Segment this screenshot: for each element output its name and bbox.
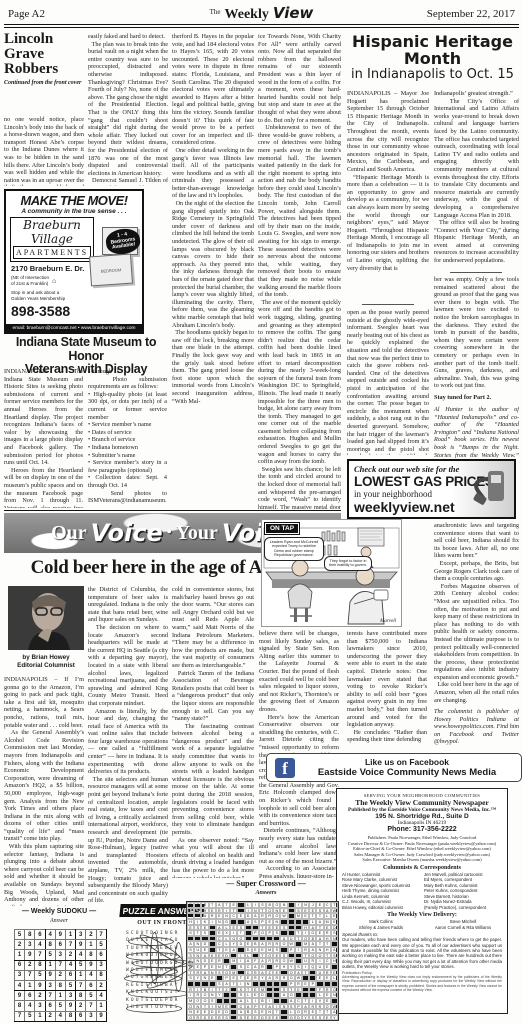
sudoku-cell: 7 [55,960,65,970]
house-icon: ⌂ [52,277,56,285]
sudoku-cell: 5 [55,1001,65,1011]
crossword-cell: E [266,1015,273,1021]
sudoku-cell: 8 [86,950,96,960]
sudoku-cell: 1 [45,960,55,970]
facebook-line2: Eastside Voice Community News Media [301,767,513,778]
sudoku-cell: 6 [76,1011,86,1021]
sudoku-cell: 4 [76,950,86,960]
sudoku-cell: 4 [65,960,75,970]
sudoku-cell: 7 [65,940,75,950]
section-divider [450,272,502,273]
lincoln-title: Lincoln Grave Robbers [4,32,84,77]
sudoku-cell: 5 [65,980,75,990]
museum-col1: INDIANAPOLIS — The Indiana State Museum … [4,368,83,508]
sudoku-cell: 5 [45,950,55,960]
hispanic-title-line1: Hispanic Heritage Month [346,33,519,67]
columnists-title: Columnists & Correspondents [342,865,502,871]
columnist-byline: by Brian Howey Editorial Columnist [0,654,92,669]
sudoku-cell: 9 [45,970,55,980]
columnists-left: Al Hunter, columnistRose Mary Clarke, co… [342,872,420,911]
sudoku-cell: 1 [86,940,96,950]
sudoku-cell: 2 [55,970,65,980]
columnist-photo [8,586,84,650]
delivery-left: Mark CollinsShirley & James Fadds [342,919,420,930]
crossword-cell [280,1015,287,1021]
lincoln-subtitle: Continued from the front cover [4,80,84,86]
office-address: 195 N. Shortridge Rd., Suite D [342,813,502,820]
sudoku-cell: 3 [86,1011,96,1021]
byline-role: Editorial Columnist [0,662,92,670]
hispanic-col2: Indianapolis’ greatest strength.” The Ci… [434,90,519,268]
voice-col5: terests have contributed more than $750,… [347,630,427,748]
sudoku-cell: 9 [96,1011,106,1021]
delivery-lists: Mark CollinsShirley & James Fadds Steve … [342,919,502,930]
sudoku-cell: 8 [55,980,65,990]
sudoku-cell: 2 [65,950,75,960]
lincoln-col1: no one would notice, place Lincoln’s bod… [4,116,84,186]
ad-subheadline: A community in the true sense . . . [6,208,142,215]
crossword-answers-label: Answers [196,890,336,896]
byline-name: by Brian Howey [0,654,92,662]
columnists-right: Jen Marvell, political cartoonistEd Myer… [424,872,502,911]
paper-name: The Weekly View Community Newspaper [342,798,502,807]
sudoku-cell: 5 [76,960,86,970]
cartoon-speech-bubble-1: Leaders Ryan and McConnell expected Trum… [264,537,324,561]
lincoln-col4: ice Towards None, With Charity For All” … [258,33,341,509]
columnists-lists: Al Hunter, columnistRose Mary Clarke, co… [342,872,502,911]
cartoon-title: ON TAP [265,523,299,534]
sudoku-cell: 1 [76,970,86,980]
sudoku-cell: 8 [45,940,55,950]
ad-community-name: Braeburn Village [11,218,93,246]
sudoku-cell: 5 [25,1011,35,1021]
office-phone: Phone: 317-356-2222 [342,826,502,833]
sudoku-cell: 5 [35,970,45,980]
ad-address: 2170 Braeburn E. Dr. [11,264,84,273]
sudoku-cell: 9 [76,940,86,950]
ad-phone: 898-3588 [11,303,70,319]
ad-contact-bar: email: braeburn@comcast.net • www.braebu… [6,324,142,332]
issue-date: September 22, 2017 [427,8,515,20]
crossword-cell [230,1015,237,1021]
crossword-answer-grid: RESTATELISBONINJECTINHERITINTONESEESAWCL… [186,901,339,1021]
facebook-line1: Like us on Facebook [301,757,513,767]
sudoku-cell: 1 [35,1011,45,1021]
voice-col2: the District of Columbia, the temperatur… [88,586,168,906]
sudoku-cell: 1 [15,950,25,960]
banner-our: Our [51,522,87,545]
sudoku-cell: 2 [35,991,45,1001]
gas-pump-icon [468,465,512,515]
ad-offer: Stop in and ask about a Golden Years Mem… [11,290,65,301]
ad-headline: MAKE THE MOVE! [6,193,142,208]
crossword-cell: S [309,1015,316,1021]
banner-dot: • [167,525,172,541]
article-hispanic-headline: Hispanic Heritage Month in Indianapolis … [346,33,519,82]
sudoku-answer-grid: 5864913272348679151975324866281745933759… [14,929,107,1022]
sudoku-cell: 4 [45,930,55,940]
museum-col2: 1 through 11. Photo submission requireme… [88,368,167,508]
cartoon-speech-bubble-2: They forgot to factor in their inability… [324,556,372,571]
sudoku-cell: 3 [96,960,106,970]
sudoku-cell: 3 [25,940,35,950]
crossword-title: — Super Crossword — [196,879,336,888]
crossword-cell: E [324,1015,331,1021]
policy-text: Advertising appearing in the Weekly View… [342,975,502,992]
voice-closing: The columnist is publisher of Howey Poli… [434,708,519,750]
masthead-the: The [210,8,221,16]
crossword-cell: E [245,1015,252,1021]
crossword-cell: E [252,1015,259,1021]
crossword-cell: D [201,1015,208,1021]
lincoln-col3: therford B. Hayes in the popular vote, a… [172,33,254,509]
sudoku-cell: 3 [35,1001,45,1011]
facebook-icon: f [275,758,295,778]
sudoku-cell: 2 [96,980,106,990]
sudoku-cell: 4 [86,970,96,980]
sudoku-cell: 2 [25,960,35,970]
sudoku-cell: 1 [96,1001,106,1011]
sudoku-cell: 3 [76,930,86,940]
sudoku-cell: 6 [15,960,25,970]
masthead-weekly: Weekly [225,7,269,22]
hispanic-title-line2: in Indianapolis to Oct. 15 [346,67,519,82]
crossword-cell: R [194,1015,201,1021]
sudoku-cell: 9 [55,930,65,940]
sudoku-cell: 6 [96,950,106,960]
masthead-view: View [273,4,314,22]
braeburn-apartments-ad: MAKE THE MOVE! A community in the true s… [4,189,144,334]
sudoku-cell: 9 [25,950,35,960]
sudoku-cell: 4 [55,1011,65,1021]
sudoku-cell: 1 [25,980,35,990]
sudoku-cell: 9 [35,980,45,990]
sudoku-cell: 3 [65,991,75,1001]
sudoku-cell: 7 [35,950,45,960]
sudoku-cell: 3 [15,970,25,980]
article-lincoln-headline: Lincoln Grave Robbers Continued from the… [4,32,84,86]
hispanic-col1: INDIANAPOLIS – Mayor Joe Hogsett has pro… [347,90,429,306]
banner-voice: Voice [91,519,163,547]
sudoku-cell: 3 [45,980,55,990]
lincoln-col2: easily faked and hard to detect. The pla… [88,33,168,186]
staff-roles: Creative Director & Co-Owner: Paula Nice… [342,841,502,863]
cartoonist-signature: Marvell [380,619,396,624]
crossword-cell: E [273,1015,280,1021]
crossword-cell: E [209,1015,216,1021]
masthead-info-box: SERVING YOUR NEIGHBORHOOD COMMUNITIES Th… [336,788,508,1014]
sudoku-cell: 6 [55,940,65,950]
staff-role: Editor-in-Chief & Co-Owner: Ethel Winslo… [342,846,502,852]
sudoku-cell: 2 [15,940,25,950]
sudoku-cell: 7 [45,991,55,1001]
voice-col1: INDIANAPOLIS – If I’m gonna go to the Am… [4,676,84,906]
sudoku-answer-label: Answer [0,918,118,924]
sudoku-cell: 9 [65,1001,75,1011]
list-item: Shirley & James Fadds [342,925,420,931]
sudoku-cell: 4 [96,991,106,1001]
delivery-right: Steve MitchellAaron Cornell & Rita Willi… [424,919,502,930]
newspaper-page: Page A2 The Weekly View September 22, 20… [0,0,523,1024]
sudoku-cell: 6 [86,980,96,990]
ad-location: (NE of Intersection of 21st & Franklin) [11,275,49,286]
crossword-cell: D [259,1015,266,1021]
sudoku-cell: 6 [65,970,75,980]
sudoku-cell: 2 [86,930,96,940]
sudoku-cell: 8 [35,960,45,970]
sudoku-cell: 5 [96,940,106,950]
moving-box-graphic: BEDROOM [89,254,133,287]
sudoku-cell: 7 [86,1001,96,1011]
sudoku-title: — Weekly SUDOKU — [0,908,118,915]
crossword-cell: Y [331,1015,338,1021]
crossword-cell: O [187,1015,194,1021]
sudoku-cell: 6 [35,930,45,940]
lincoln-author-bio: Al Hunter is the author of “Haunted Indi… [434,406,519,458]
section-divider [362,304,414,305]
sudoku-cell: 7 [15,1011,25,1021]
sudoku-cell: 5 [86,991,96,1001]
sudoku-cell: 1 [55,991,65,1001]
sudoku-cell: 1 [65,930,75,940]
sudoku-cell: 8 [96,970,106,980]
voice-col6: anachronistic laws and targeting conveni… [434,522,519,706]
list-item: Brian Howey, editorial columnist [342,905,420,911]
sudoku-cell: 8 [25,930,35,940]
ad-apartments-label: APARTMENTS [13,246,91,259]
box-label-bedroom: BEDROOM [101,267,122,273]
crossword-cell: D [237,1015,244,1021]
list-item: (Family Practice), correspondent [424,905,502,911]
sudoku-cell: 7 [25,970,35,980]
sudoku-cell: 6 [25,991,35,1001]
list-item: Aaron Cornell & Rita Williams [424,925,502,931]
header-rule [4,24,519,28]
lincoln-col5: open as the posse warily peered outside … [347,309,429,455]
sudoku-cell: 4 [25,1001,35,1011]
sudoku-cell: 2 [76,1001,86,1011]
delivery-title: The Weekly View Delivery: [342,912,502,918]
lincoln-tagline: Stay tuned for Part 2. [434,394,519,404]
facebook-banner: f Like us on Facebook Eastside Voice Com… [266,753,522,782]
sudoku-cell: 4 [35,940,45,950]
sudoku-cell: 5 [15,930,25,940]
banner-your: Your [176,522,218,545]
crossword-cell: Y [302,1015,309,1021]
sudoku-cell: 4 [15,980,25,990]
staff-role: Sales Executive: Marsha Owens (marsha.we… [342,857,502,863]
crossword-cell: S [223,1015,230,1021]
sudoku-cell: 9 [15,991,25,1001]
sudoku-cell: 2 [45,1011,55,1021]
sudoku-cell: 8 [15,1001,25,1011]
sudoku-cell: 8 [76,991,86,1001]
crossword-cell: R [216,1015,223,1021]
sudoku-cell: 8 [65,1011,75,1021]
sudoku-cell: 3 [55,950,65,960]
sudoku-cell: 7 [76,980,86,990]
sudoku-cell: 9 [86,960,96,970]
crossword-cell: O [288,1015,295,1021]
sudoku-cell: 7 [96,930,106,940]
editorial-cartoon: ON TAP Leaders Ryan and McConnell expect… [261,519,402,627]
voice-col3: cold in convenience stores, but malt/bar… [172,586,254,878]
thanks-text: Our readers, who have been calling and t… [342,937,502,969]
circled-word [126,1004,182,1013]
section-rule [4,510,341,511]
gas-prices-ad: Check out our web site for the LOWEST GA… [347,459,516,519]
sudoku-cell: 6 [45,1001,55,1011]
crossword-cell: S [316,1015,323,1021]
lincoln-col6: ber was empty. Only a few tools remained… [434,276,519,400]
crossword-cell: D [295,1015,302,1021]
